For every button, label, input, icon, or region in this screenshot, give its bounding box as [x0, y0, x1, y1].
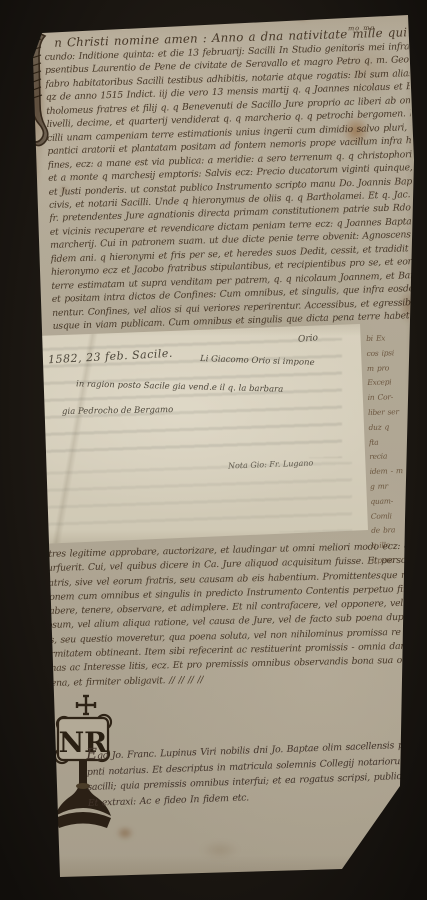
stain — [398, 820, 414, 832]
text-line: m pro — [367, 360, 421, 376]
text-line: idem - m — [369, 464, 423, 480]
text-line: bi Ex — [366, 331, 420, 347]
text-line: cos ipsi — [366, 345, 420, 361]
stain — [200, 840, 240, 860]
slip-date-note: 1582, 23 feb. Sacile. — [48, 347, 173, 367]
text-line: in Cor- — [368, 390, 422, 406]
text-line: Comli — [371, 508, 425, 524]
text-line: quam- — [370, 493, 424, 509]
text-line: de bra — [371, 523, 425, 539]
slip-note-word: Orio — [298, 333, 319, 345]
text-line: duz q — [368, 419, 422, 435]
text-line: g mr — [370, 479, 424, 495]
slip-annotation-line1: Li Giacomo Orio si impone — [200, 354, 315, 368]
text-block-lower: Atres legitime approbare, auctorizare, e… — [42, 540, 411, 691]
manuscript-page: mo mo n Christi nomine amen : Anno a dna… — [0, 0, 427, 900]
text-block-upper: n Christi nomine amen : Anno a dna nativ… — [44, 25, 417, 333]
slip-annotation-line2: in ragion posto Sacile gia vend.e il q. … — [76, 379, 283, 394]
stain — [294, 10, 312, 22]
margin-notes-column: bi Excos ipsim proExcepiin Cor-liber ser… — [366, 331, 426, 569]
stain — [20, 548, 42, 578]
text-line: recia — [369, 449, 423, 465]
stain — [378, 848, 402, 866]
attestation-block: Ego Jo. Franc. Lupinus Viri nobilis dni … — [86, 735, 420, 811]
text-line: fta — [369, 434, 423, 450]
stain — [14, 148, 40, 196]
pasted-slip: Orio 1582, 23 feb. Sacile. Li Giacomo Or… — [32, 322, 370, 546]
text-line: Excepi — [367, 375, 421, 391]
bleed-through-text — [42, 462, 352, 532]
slip-notary-note: Nota Gio: Fr. Lugano — [228, 459, 314, 471]
slip-annotation-line3: gia Pedrocho de Bergamo — [62, 405, 173, 417]
text-line: liber ser — [368, 405, 422, 421]
